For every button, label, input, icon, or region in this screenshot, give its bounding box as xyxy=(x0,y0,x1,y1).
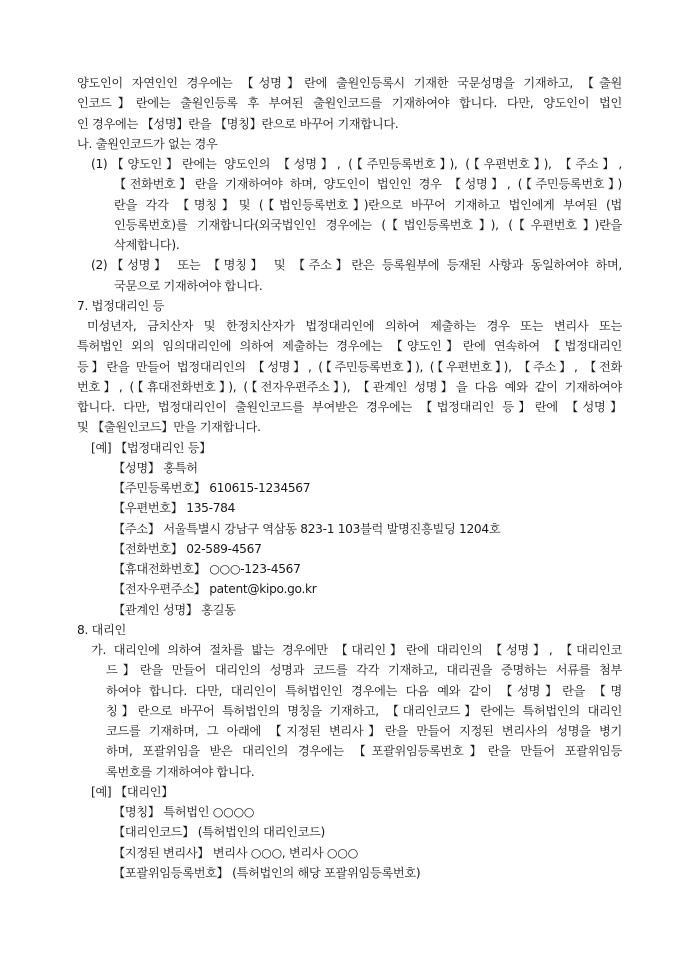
text-line: (2)【성명】 또는 【명칭】 및 【주소】란은 등록원부에 등재된 사항과 동… xyxy=(77,255,622,275)
example-heading: [예] 【대리인】 xyxy=(77,782,622,802)
field-value: (특허법인의 대리인코드) xyxy=(198,825,325,839)
example-field: 【성명】 홍특허 xyxy=(77,458,622,478)
text-line: 인 경우에는 【성명】란을 【명칭】란으로 바꾸어 기재합니다. xyxy=(77,114,622,134)
field-value: (특허법인의 해당 포괄위임등록번호) xyxy=(232,866,420,880)
text-line: 삭제합니다). xyxy=(77,235,622,255)
example-field: 【관계인 성명】 홍길동 xyxy=(77,600,622,620)
field-value: 특허법인 ○○○○ xyxy=(163,805,254,819)
text-line: 양도인이 자연인인 경우에는 【성명】란에 출원인등록시 기재한 국문성명을 기… xyxy=(77,73,622,93)
text-line: 인등록번호)를 기재합니다(외국법인인 경우에는 (【법인등록번호】), (【우… xyxy=(77,215,622,235)
field-value: 변리사 ○○○, 변리사 ○○○ xyxy=(213,846,358,860)
document-page: 양도인이 자연인인 경우에는 【성명】란에 출원인등록시 기재한 국문성명을 기… xyxy=(77,73,622,883)
section-7: 7. 법정대리인 등 미성년자, 금치산자 및 한정치산자가 법정대리인에 의하… xyxy=(77,296,622,620)
field-label: 【관계인 성명】 xyxy=(113,603,198,617)
text-line: 칭】란으로 바꾸어 특허법인의 명칭을 기재하고, 【대리인코드】란에는 특허법… xyxy=(77,701,622,721)
field-label: 【명칭】 xyxy=(113,805,160,819)
field-label: 【전화번호】 xyxy=(113,542,183,556)
field-value: 135-784 xyxy=(186,501,235,515)
field-value: 홍길동 xyxy=(201,603,235,617)
field-label: 【주민등록번호】 xyxy=(113,481,206,495)
text-line: 하며, 포괄위임을 받은 대리인의 경우에는 【포괄위임등록번호】란을 만들어 … xyxy=(77,741,622,761)
field-value: 02-589-4567 xyxy=(186,542,261,556)
text-line: 인코드】란에는 출원인등록 후 부여된 출원인코드를 기재하여야 합니다. 다만… xyxy=(77,93,622,113)
field-value: patent@kipo.go.kr xyxy=(209,582,316,596)
example-agent: [예] 【대리인】 【명칭】 특허법인 ○○○○ 【대리인코드】 (특허법인의 … xyxy=(77,782,622,883)
text-line: 【전화번호】란을 기재하여야 하며, 양도인이 법인인 경우 【성명】, (【주… xyxy=(77,174,622,194)
field-label: 【우편번호】 xyxy=(113,501,183,515)
field-label: 【성명】 xyxy=(113,461,160,475)
example-field: 【전화번호】 02-589-4567 xyxy=(77,539,622,559)
text-line: 하여야 합니다. 다만, 대리인이 특허법인인 경우에는 다음 예와 같이 【성… xyxy=(77,681,622,701)
text-line: 란을 각각 【명칭】및 (【법인등록번호】)란으로 바꾸어 기재하고 법인에게 … xyxy=(77,195,622,215)
field-label: 【전자우편주소】 xyxy=(113,582,206,596)
example-field: 【포괄위임등록번호】 (특허법인의 해당 포괄위임등록번호) xyxy=(77,863,622,883)
section-8: 8. 대리인 가. 대리인에 의하여 절차를 밟는 경우에만 【대리인】란에 대… xyxy=(77,620,622,883)
field-label: 【지정된 변리사】 xyxy=(113,846,209,860)
text-line: 록번호를 기재하여야 합니다. xyxy=(77,762,622,782)
text-line: 합니다. 다만, 법정대리인이 출원인코드를 부여받은 경우에는 【법정대리인 … xyxy=(77,397,622,417)
intro-paragraph: 양도인이 자연인인 경우에는 【성명】란에 출원인등록시 기재한 국문성명을 기… xyxy=(77,73,622,134)
example-field: 【대리인코드】 (특허법인의 대리인코드) xyxy=(77,822,622,842)
subsection-heading: 나. 출원인코드가 없는 경우 xyxy=(77,134,622,154)
example-field: 【명칭】 특허법인 ○○○○ xyxy=(77,802,622,822)
text-line: 국문으로 기재하여야 합니다. xyxy=(77,276,622,296)
text-line: 특허법인 외의 임의대리인에 의하여 제출하는 경우에는 【양도인】란에 연속하… xyxy=(77,336,622,356)
field-label: 【주소】 xyxy=(113,522,160,536)
text-line: 번호】, (【휴대전화번호】), (【전자우편주소】), 【관계인 성명】을 다… xyxy=(77,377,622,397)
field-label: 【포괄위임등록번호】 xyxy=(113,866,229,880)
text-line: (1)【양도인】란에는 양도인의 【성명】, (【주민등록번호】), (【우편번… xyxy=(77,154,622,174)
example-heading: [예] 【법정대리인 등】 xyxy=(77,438,622,458)
text-line: 코드를 기재하며, 그 아래에 【지정된 변리사】란을 만들어 지정된 변리사의… xyxy=(77,721,622,741)
example-field: 【전자우편주소】 patent@kipo.go.kr xyxy=(77,579,622,599)
text-line: 및 【출원인코드】만을 기재합니다. xyxy=(77,417,622,437)
section-heading: 8. 대리인 xyxy=(77,620,622,640)
field-value: 610615-1234567 xyxy=(209,481,310,495)
field-value: ○○○-123-4567 xyxy=(209,562,300,576)
example-field: 【주소】 서울특별시 강남구 역삼동 823-1 103블럭 발명진흥빌딩 12… xyxy=(77,519,622,539)
field-value: 서울특별시 강남구 역삼동 823-1 103블럭 발명진흥빌딩 1204호 xyxy=(163,522,500,536)
text-line: 드】란을 만들어 대리인의 성명과 코드를 각각 기재하고, 대리권을 증명하는… xyxy=(77,660,622,680)
field-label: 【휴대전화번호】 xyxy=(113,562,206,576)
text-line: 등】란을 만들어 법정대리인의 【성명】, (【주민등록번호】), (【우편번호… xyxy=(77,357,622,377)
text-line: 가. 대리인에 의하여 절차를 밟는 경우에만 【대리인】란에 대리인의 【성명… xyxy=(77,640,622,660)
example-legal-representative: [예] 【법정대리인 등】 【성명】 홍특허 【주민등록번호】 610615-1… xyxy=(77,438,622,620)
example-field: 【주민등록번호】 610615-1234567 xyxy=(77,478,622,498)
example-field: 【휴대전화번호】 ○○○-123-4567 xyxy=(77,559,622,579)
field-value: 홍특허 xyxy=(163,461,197,475)
field-label: 【대리인코드】 xyxy=(113,825,194,839)
subsection-na: 나. 출원인코드가 없는 경우 (1)【양도인】란에는 양도인의 【성명】, (… xyxy=(77,134,622,296)
section-heading: 7. 법정대리인 등 xyxy=(77,296,622,316)
example-field: 【우편번호】 135-784 xyxy=(77,498,622,518)
text-line: 미성년자, 금치산자 및 한정치산자가 법정대리인에 의하여 제출하는 경우 또… xyxy=(77,316,622,336)
example-field: 【지정된 변리사】 변리사 ○○○, 변리사 ○○○ xyxy=(77,843,622,863)
